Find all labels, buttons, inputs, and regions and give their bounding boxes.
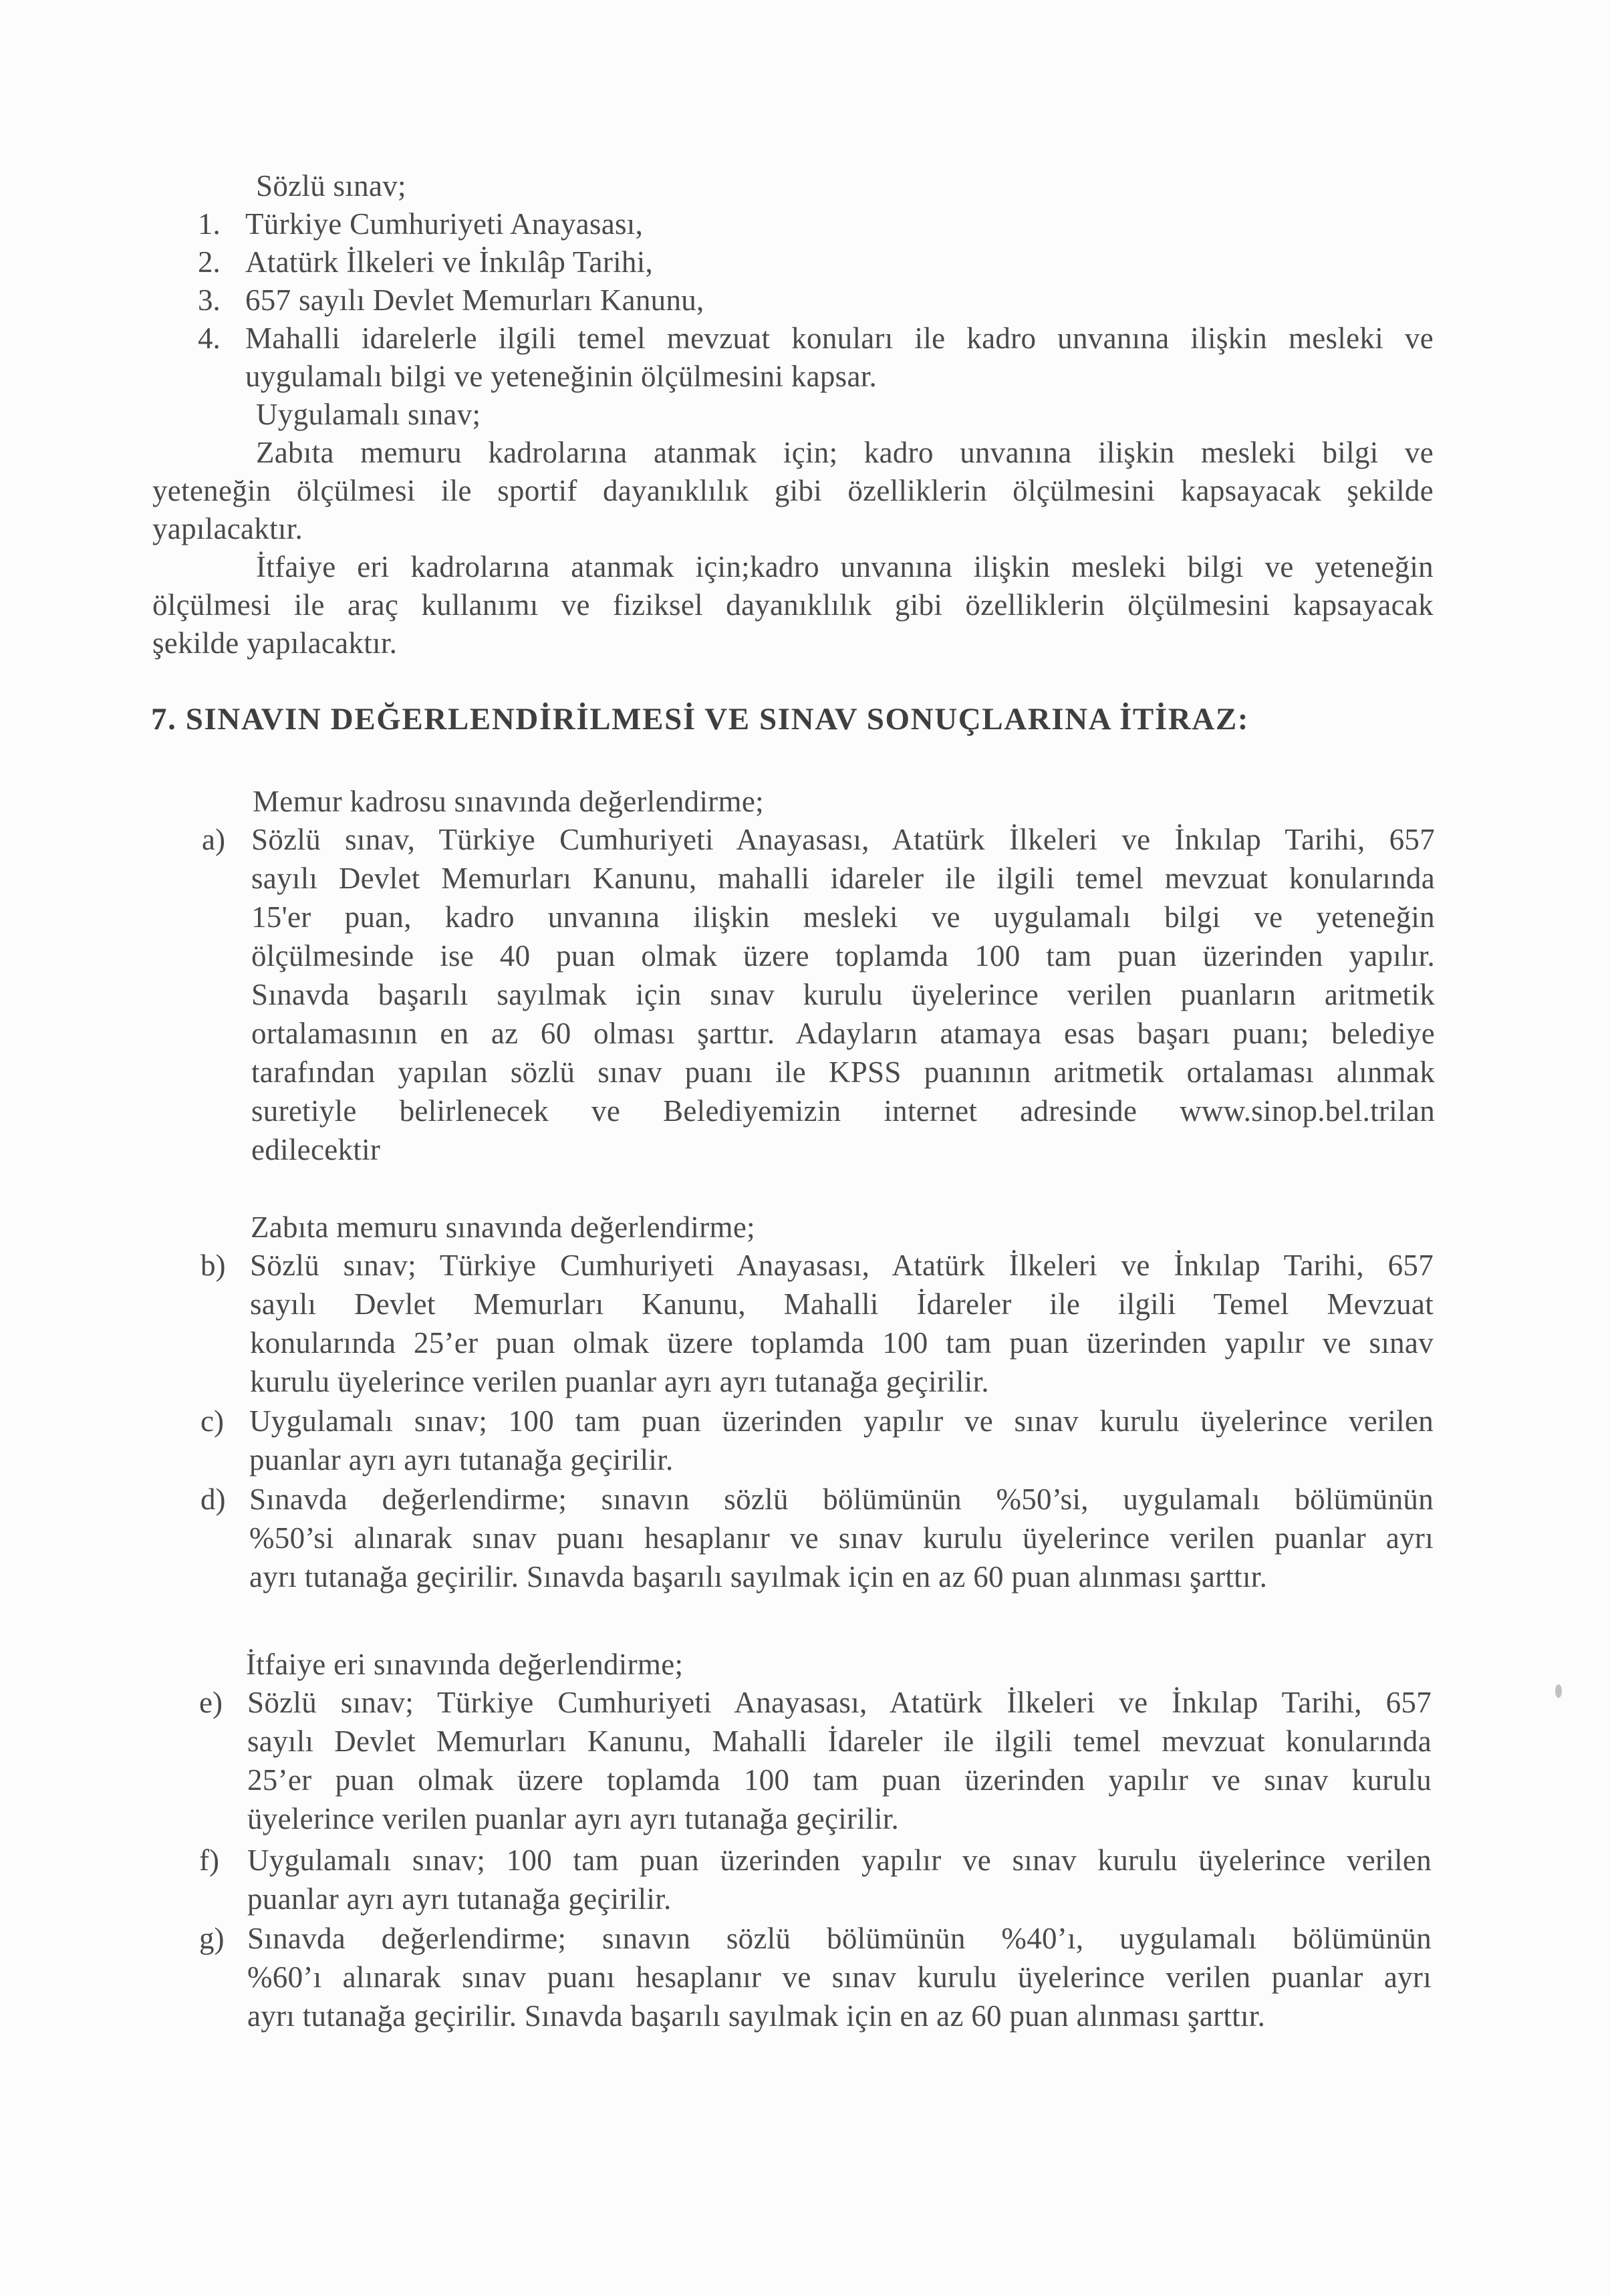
memur-evaluation-title: Memur kadrosu sınavında değerlendirme; xyxy=(253,783,764,821)
scan-speck xyxy=(1555,1684,1562,1698)
item-text-line: Sınavda başarılı sayılmak için sınav kur… xyxy=(251,976,1435,1014)
itfaiye-paragraph-line: şekilde yapılacaktır. xyxy=(152,624,397,662)
list-item: 657 sayılı Devlet Memurları Kanunu, xyxy=(245,281,704,320)
document-page: Sözlü sınav; 1. Türkiye Cumhuriyeti Anay… xyxy=(0,0,1610,2296)
zabita-paragraph-line: yapılacaktır. xyxy=(152,510,303,548)
section-heading: 7. SINAVIN DEĞERLENDİRİLMESİ VE SINAV SO… xyxy=(151,699,1249,739)
item-text-line: puanlar ayrı ayrı tutanağa geçirilir. xyxy=(247,1880,672,1918)
zabita-paragraph-line: Zabıta memuru kadrolarına atanmak için; … xyxy=(256,434,1434,472)
item-text-line: sayılı Devlet Memurları Kanunu, Mahalli … xyxy=(250,1285,1434,1323)
item-text-line: üyelerince verilen puanlar ayrı ayrı tut… xyxy=(247,1800,899,1838)
item-text-line: %60’ı alınarak sınav puanı hesaplanır ve… xyxy=(247,1958,1432,1997)
item-text-line: Uygulamalı sınav; 100 tam puan üzerinden… xyxy=(249,1402,1434,1440)
list-item: Atatürk İlkeleri ve İnkılâp Tarihi, xyxy=(245,243,653,281)
list-number: 3. xyxy=(198,281,221,320)
practical-exam-title: Uygulamalı sınav; xyxy=(256,396,481,434)
list-item: Mahalli idarelerle ilgili temel mevzuat … xyxy=(245,320,1434,358)
item-text-line: sayılı Devlet Memurları Kanunu, Mahalli … xyxy=(247,1723,1432,1761)
item-text-line: Sözlü sınav; Türkiye Cumhuriyeti Anayasa… xyxy=(250,1247,1434,1285)
itfaiye-paragraph-line: İtfaiye eri kadrolarına atanmak için;kad… xyxy=(256,548,1434,586)
item-text-line: ayrı tutanağa geçirilir. Sınavda başarıl… xyxy=(247,1997,1265,2035)
zabita-paragraph-line: yeteneğin ölçülmesi ile sportif dayanıkl… xyxy=(152,472,1434,510)
item-text-line: Sınavda değerlendirme; sınavın sözlü böl… xyxy=(249,1481,1434,1519)
list-item-continued: uygulamalı bilgi ve yeteneğinin ölçülmes… xyxy=(245,358,877,396)
item-label: g) xyxy=(199,1920,225,1958)
item-text-line: kurulu üyelerince verilen puanlar ayrı a… xyxy=(250,1363,989,1401)
list-number: 1. xyxy=(198,205,221,243)
zabita-evaluation-title: Zabıta memuru sınavında değerlendirme; xyxy=(251,1208,755,1247)
item-label: c) xyxy=(200,1402,224,1440)
item-text-line: ortalamasının en az 60 olması şarttır. A… xyxy=(251,1015,1435,1053)
list-number: 4. xyxy=(198,320,221,358)
item-text-line: konularında 25’er puan olmak üzere topla… xyxy=(250,1324,1434,1362)
list-item: Türkiye Cumhuriyeti Anayasası, xyxy=(245,205,643,243)
item-label: d) xyxy=(200,1481,226,1519)
item-text-line: suretiyle belirlenecek ve Belediyemizin … xyxy=(251,1092,1435,1130)
item-text-line: edilecektir xyxy=(251,1131,380,1169)
item-text-line: %50’si alınarak sınav puanı hesaplanır v… xyxy=(249,1519,1434,1557)
item-text-line: 25’er puan olmak üzere toplamda 100 tam … xyxy=(247,1761,1432,1799)
item-text-line: Sınavda değerlendirme; sınavın sözlü böl… xyxy=(247,1920,1432,1958)
item-label: e) xyxy=(199,1684,223,1722)
item-label: a) xyxy=(202,821,225,859)
item-label: f) xyxy=(199,1841,219,1880)
oral-exam-title: Sözlü sınav; xyxy=(256,167,406,205)
list-number: 2. xyxy=(198,243,221,281)
item-text-line: ölçülmesinde ise 40 puan olmak üzere top… xyxy=(251,937,1435,975)
item-text-line: ayrı tutanağa geçirilir. Sınavda başarıl… xyxy=(249,1558,1267,1596)
itfaiye-evaluation-title: İtfaiye eri sınavında değerlendirme; xyxy=(246,1646,683,1684)
item-text-line: tarafından yapılan sözlü sınav puanı ile… xyxy=(251,1053,1435,1092)
itfaiye-paragraph-line: ölçülmesi ile araç kullanımı ve fiziksel… xyxy=(152,586,1434,624)
item-text-line: puanlar ayrı ayrı tutanağa geçirilir. xyxy=(249,1441,674,1479)
item-text-line: Sözlü sınav; Türkiye Cumhuriyeti Anayasa… xyxy=(247,1684,1432,1722)
item-text-line: Sözlü sınav, Türkiye Cumhuriyeti Anayasa… xyxy=(251,821,1435,859)
item-text-line: 15'er puan, kadro unvanına ilişkin mesle… xyxy=(251,898,1435,936)
item-text-line: sayılı Devlet Memurları Kanunu, mahalli … xyxy=(251,860,1435,898)
item-label: b) xyxy=(200,1247,226,1285)
item-text-line: Uygulamalı sınav; 100 tam puan üzerinden… xyxy=(247,1841,1432,1880)
